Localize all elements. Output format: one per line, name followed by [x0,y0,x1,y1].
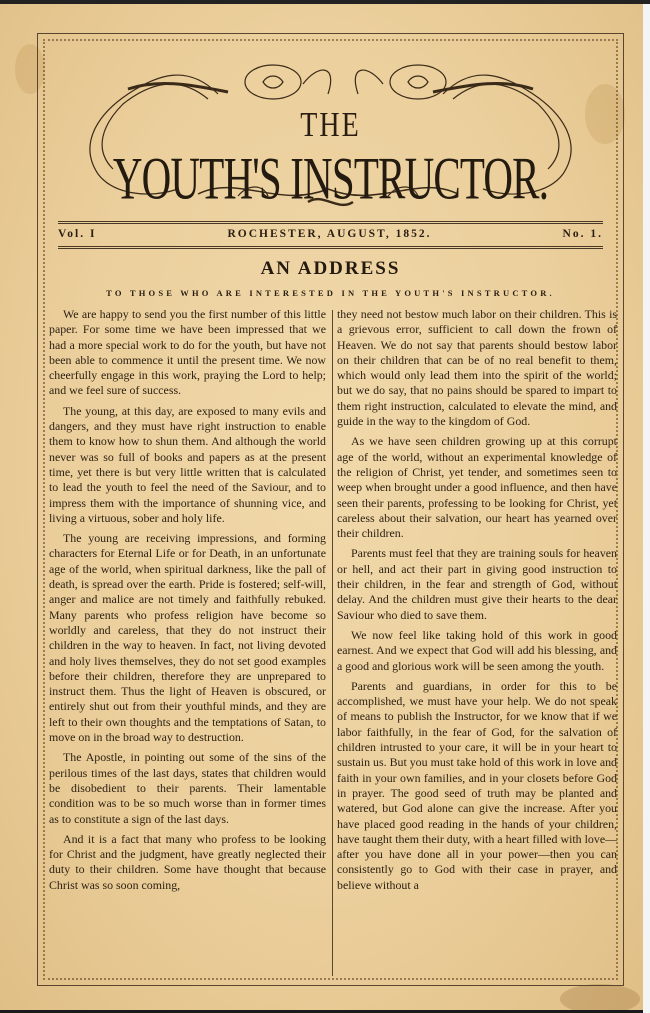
article-subtitle: TO THOSE WHO ARE INTERESTED IN THE YOUTH… [38,288,623,298]
place-date-label: ROCHESTER, AUGUST, 1852. [227,228,431,240]
paragraph: We are happy to send you the first numbe… [49,307,326,399]
masthead-title: YOUTH'S INSTRUCTOR. [91,143,571,213]
paragraph: We now feel like taking hold of this wor… [337,628,617,674]
newspaper-page: THE YOUTH'S INSTRUCTOR. Vol. I ROCHESTER… [0,4,643,1010]
paragraph: The young, at this day, are exposed to m… [49,404,326,526]
paragraph: they need not bestow much labor on their… [337,307,617,429]
right-column: they need not bestow much labor on their… [337,307,617,898]
paragraph: As we have seen children growing up at t… [337,434,617,541]
page-border: THE YOUTH'S INSTRUCTOR. Vol. I ROCHESTER… [37,33,624,986]
paragraph: And it is a fact that many who profess t… [49,832,326,893]
masthead-rule-bottom [58,246,603,247]
masthead: THE YOUTH'S INSTRUCTOR. [38,34,623,214]
article-title: AN ADDRESS [38,258,623,280]
masthead-the: THE [38,106,623,146]
paragraph: Parents and guardians, in order for this… [337,679,617,893]
paragraph: The young are receiving impressions, and… [49,531,326,745]
page-right-margin [643,4,650,1013]
issue-number-label: No. 1. [563,228,603,240]
issue-info-line: Vol. I ROCHESTER, AUGUST, 1852. No. 1. [58,224,603,244]
masthead-rule-top [58,221,603,222]
paper-stain [560,984,640,1010]
masthead-rule-bottom-2 [58,248,603,249]
paragraph: The Apostle, in pointing out some of the… [49,750,326,826]
paragraph: Parents must feel that they are training… [337,546,617,622]
column-divider [332,310,333,976]
left-column: We are happy to send you the first numbe… [49,307,326,898]
volume-label: Vol. I [58,228,96,240]
